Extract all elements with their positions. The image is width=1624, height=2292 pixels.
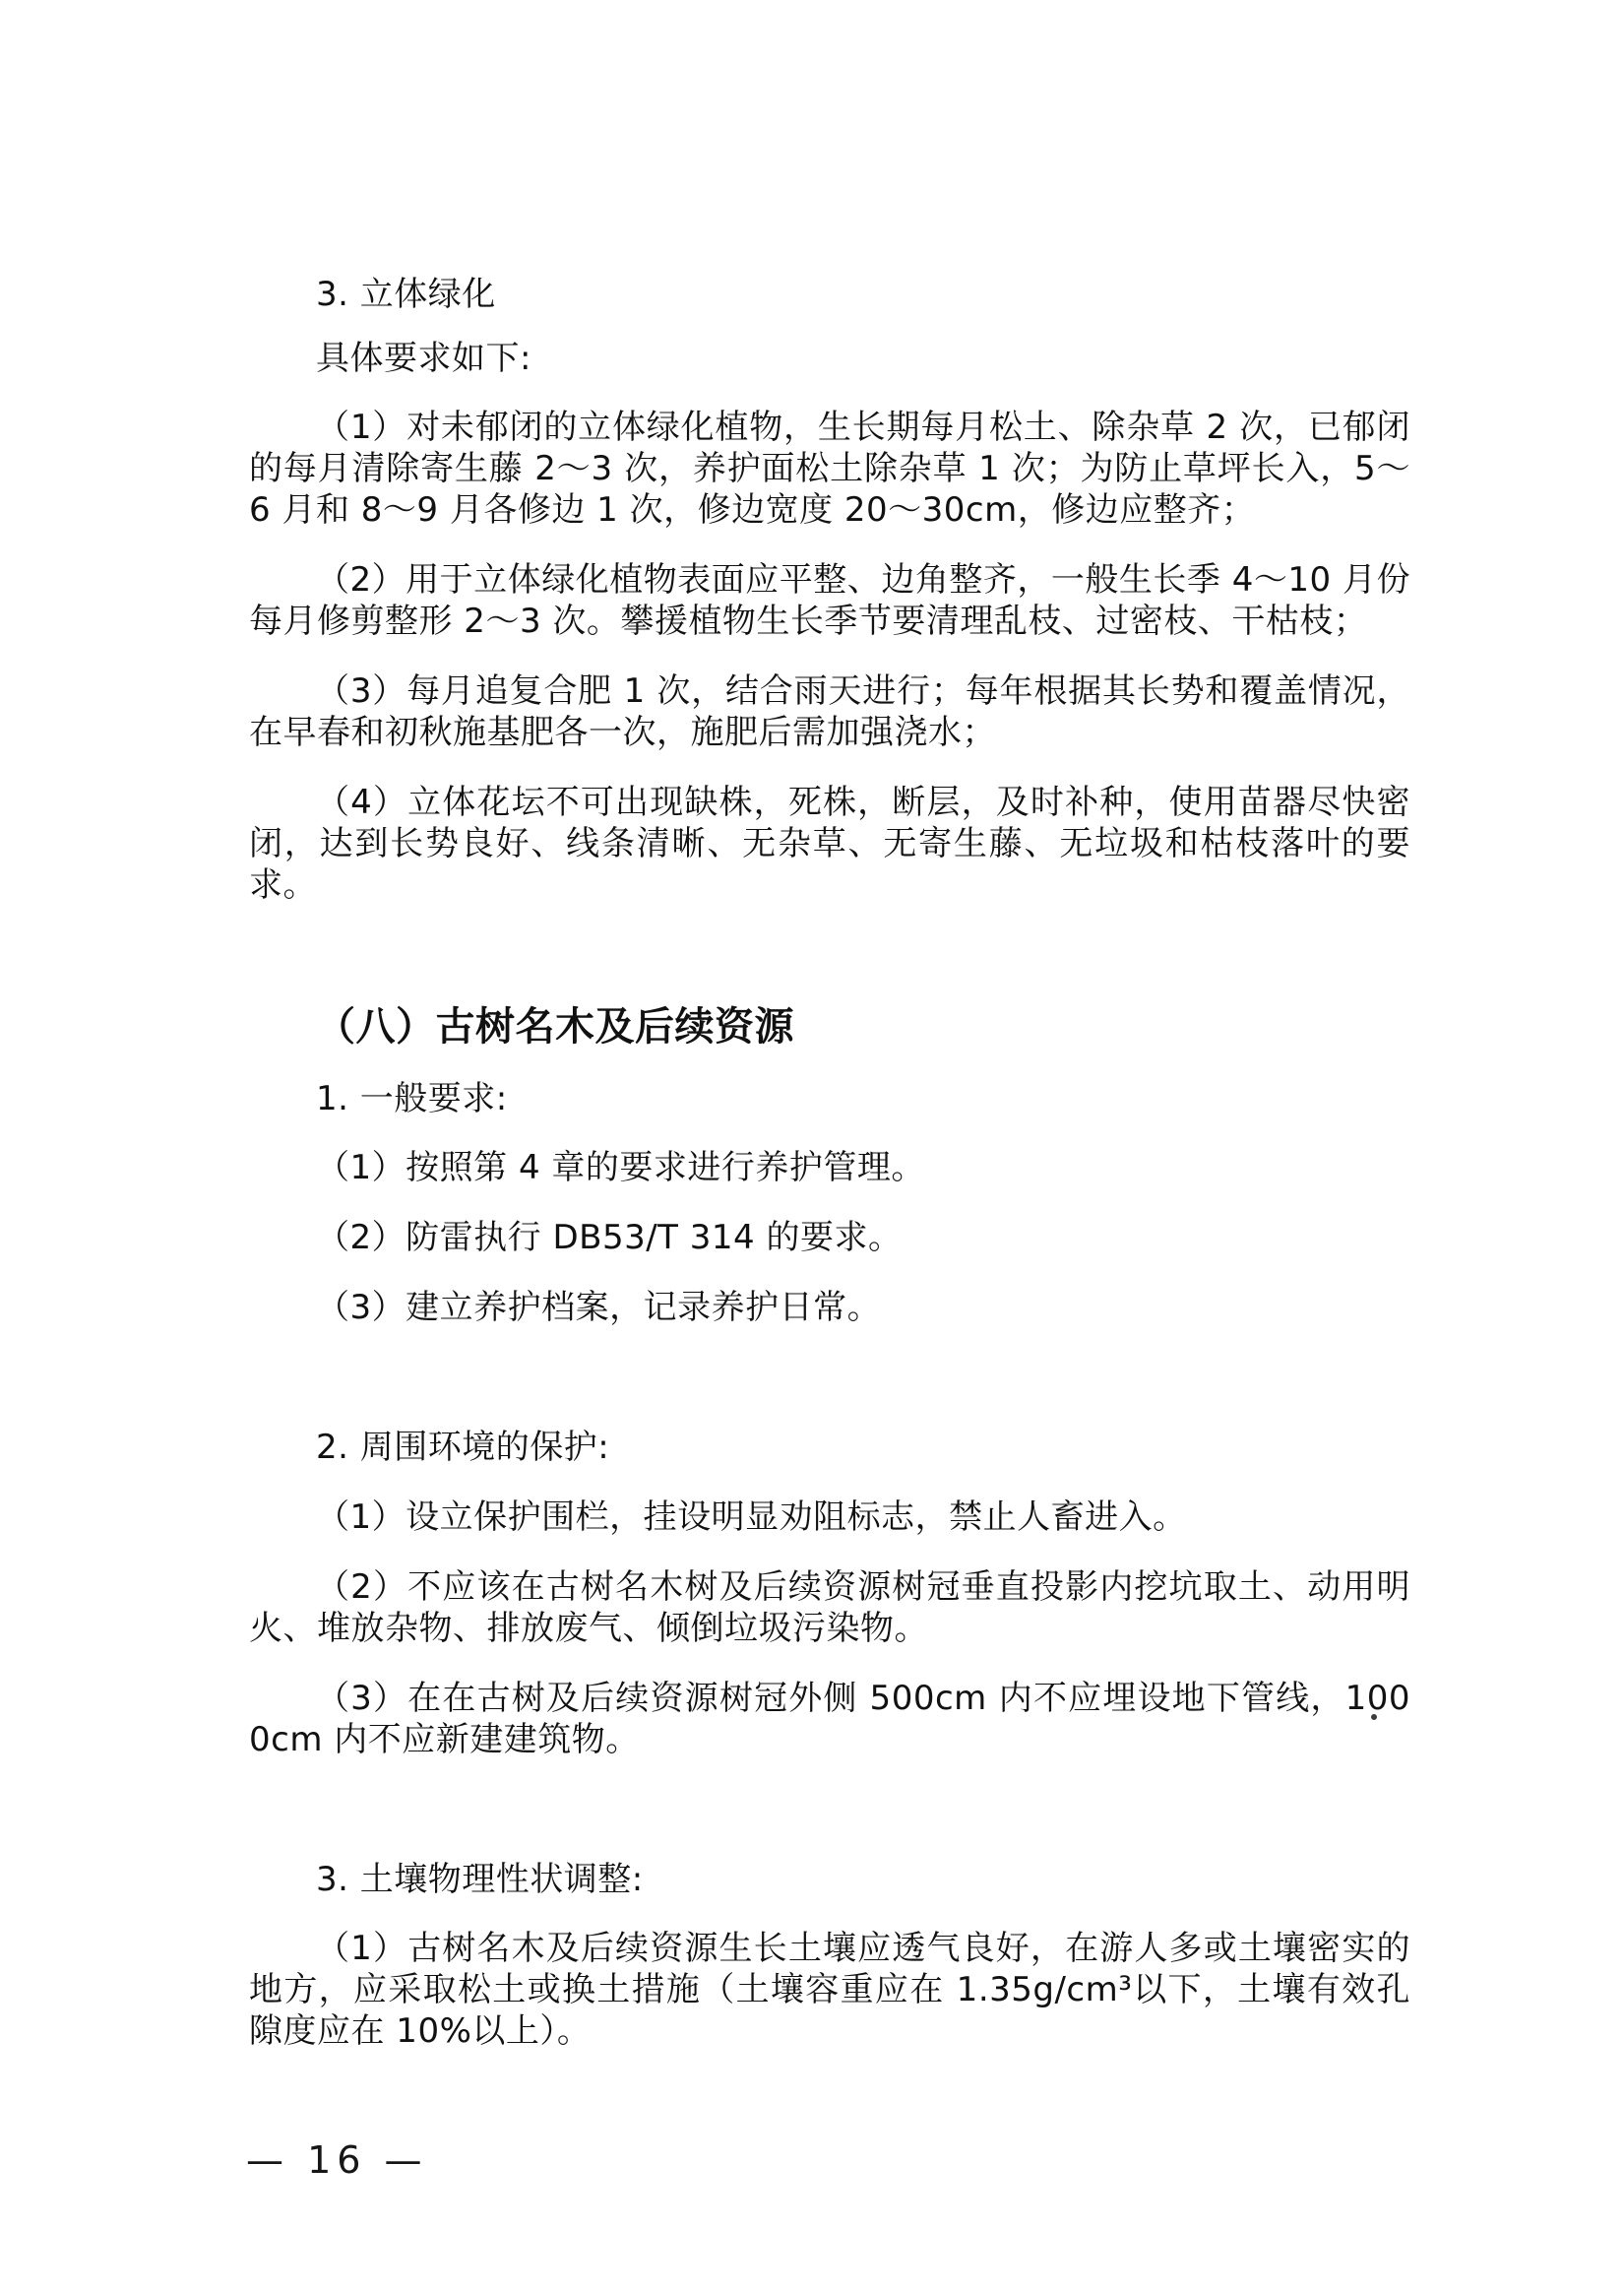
paragraph-requirements-intro: 具体要求如下:	[249, 338, 1410, 379]
list-item-3: （3）每月追复合肥 1 次，结合雨天进行；每年根据其长势和覆盖情况，在早春和初秋…	[249, 670, 1410, 753]
stray-ink-dot	[1371, 1714, 1377, 1720]
list-item-10: （3）在在古树及后续资源树冠外侧 500cm 内不应埋设地下管线，1000cm …	[249, 1678, 1410, 1760]
document-body: 3. 立体绿化 具体要求如下: （1）对未郁闭的立体绿化植物，生长期每月松土、除…	[249, 274, 1410, 2052]
list-item-9: （2）不应该在古树名木树及后续资源树冠垂直投影内挖坑取土、动用明火、堆放杂物、排…	[249, 1566, 1410, 1649]
section-heading-ancient-trees: （八）古树名木及后续资源	[249, 1004, 1410, 1050]
subsection-title-vertical-greening: 3. 立体绿化	[249, 274, 1410, 315]
list-item-11: （1）古树名木及后续资源生长土壤应透气良好，在游人多或土壤密实的地方，应采取松土…	[249, 1928, 1410, 2052]
document-page: 3. 立体绿化 具体要求如下: （1）对未郁闭的立体绿化植物，生长期每月松土、除…	[0, 0, 1624, 2292]
list-item-5: （1）按照第 4 章的要求进行养护管理。	[249, 1147, 1410, 1188]
subsection-title-general-requirements: 1. 一般要求:	[249, 1078, 1410, 1119]
page-number: — 16 —	[246, 2138, 428, 2182]
list-item-1: （1）对未郁闭的立体绿化植物，生长期每月松土、除杂草 2 次，已郁闭的每月清除寄…	[249, 407, 1410, 531]
list-item-2: （2）用于立体绿化植物表面应平整、边角整齐，一般生长季 4～10 月份每月修剪整…	[249, 559, 1410, 642]
list-item-4: （4）立体花坛不可出现缺株，死株，断层，及时补种，使用苗器尽快密闭，达到长势良好…	[249, 782, 1410, 906]
subsection-title-soil-adjustment: 3. 土壤物理性状调整:	[249, 1859, 1410, 1900]
list-item-8: （1）设立保护围栏，挂设明显劝阻标志，禁止人畜进入。	[249, 1496, 1410, 1538]
subsection-title-surrounding-protection: 2. 周围环境的保护:	[249, 1427, 1410, 1468]
list-item-7: （3）建立养护档案，记录养护日常。	[249, 1287, 1410, 1328]
list-item-6: （2）防雷执行 DB53/T 314 的要求。	[249, 1217, 1410, 1258]
